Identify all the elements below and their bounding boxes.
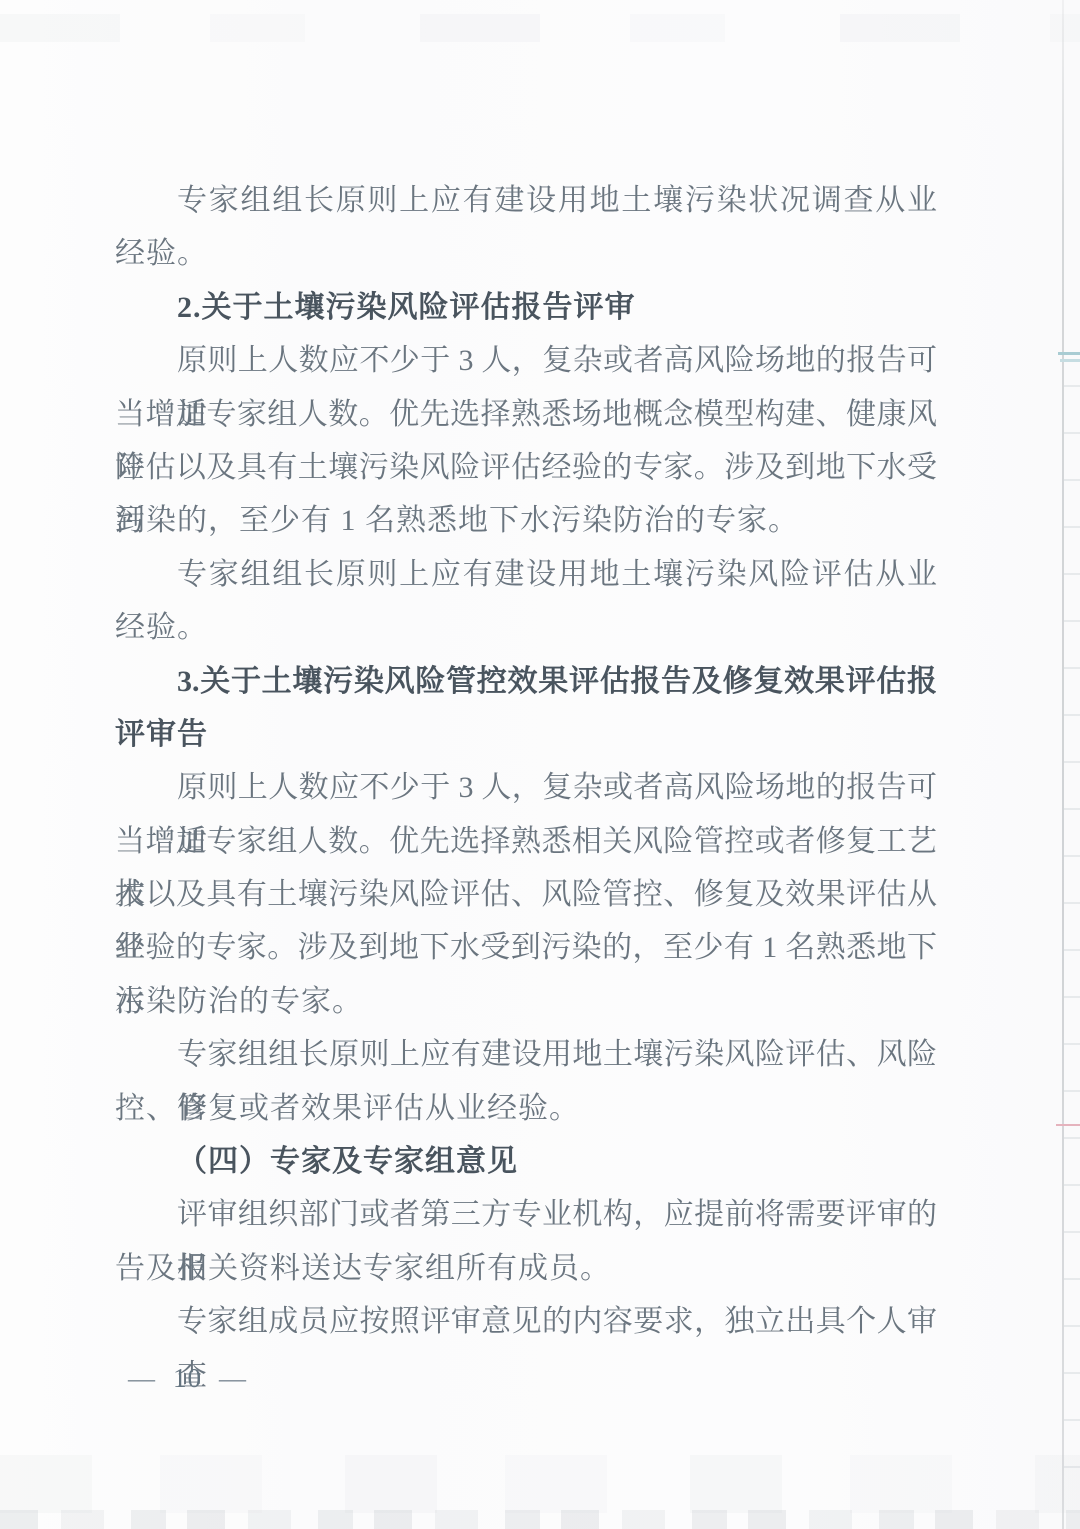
text-line: 原则上人数应不少于 3 人，复杂或者高风险场地的报告可适 (115, 334, 937, 387)
text-line: 当增加专家组人数。优先选择熟悉场地概念模型构建、健康风险 (115, 388, 937, 441)
text-line: 污染防治的专家。 (115, 975, 937, 1028)
scan-artifact-bottom-blocks (0, 1510, 1080, 1529)
page-number-value: 10 (173, 1363, 202, 1393)
scan-artifact-bottom-soft (0, 1455, 1080, 1513)
text-line: （四）专家及专家组意见 (115, 1135, 937, 1188)
text-line: 专家组组长原则上应有建设用地土壤污染状况调查从业 (115, 174, 937, 227)
text-line: 评审 (115, 708, 937, 761)
text-line: 2.关于土壤污染风险评估报告评审 (115, 281, 937, 334)
text-line: 经验。 (115, 601, 937, 654)
adjacent-page-teal-line (1058, 352, 1080, 355)
text-line: 3.关于土壤污染风险管控效果评估报告及修复效果评估报告 (115, 655, 937, 708)
document-page: 专家组组长原则上应有建设用地土壤污染状况调查从业经验。2.关于土壤污染风险评估报… (0, 0, 1080, 1529)
page-number-dash-right: — (219, 1363, 247, 1393)
text-line: 控、修复或者效果评估从业经验。 (115, 1082, 937, 1135)
text-line: 经验。 (115, 227, 937, 280)
page-number-dash-left: — (128, 1363, 156, 1393)
adjacent-page-pink-line (1056, 1124, 1080, 1126)
text-line: 术以及具有土壤污染风险评估、风险管控、修复及效果评估从业 (115, 868, 937, 921)
body-text: 专家组组长原则上应有建设用地土壤污染状况调查从业经验。2.关于土壤污染风险评估报… (115, 174, 937, 1349)
text-line: 当增加专家组人数。优先选择熟悉相关风险管控或者修复工艺技 (115, 815, 937, 868)
page-number: —10— (128, 1358, 247, 1398)
text-line: 评估以及具有土壤污染风险评估经验的专家。涉及到地下水受到 (115, 441, 937, 494)
scan-artifact-top (0, 14, 1080, 42)
text-line: 原则上人数应不少于 3 人，复杂或者高风险场地的报告可适 (115, 761, 937, 814)
text-line: 专家组成员应按照评审意见的内容要求，独立出具个人审查 (115, 1295, 937, 1348)
text-line: 专家组组长原则上应有建设用地土壤污染风险评估、风险管 (115, 1028, 937, 1081)
text-line: 经验的专家。涉及到地下水受到污染的，至少有 1 名熟悉地下水 (115, 921, 937, 974)
adjacent-page-ruling (1064, 340, 1080, 1500)
text-line: 专家组组长原则上应有建设用地土壤污染风险评估从业 (115, 548, 937, 601)
text-line: 评审组织部门或者第三方专业机构，应提前将需要评审的报 (115, 1188, 937, 1241)
text-line: 告及相关资料送达专家组所有成员。 (115, 1242, 937, 1295)
text-line: 污染的，至少有 1 名熟悉地下水污染防治的专家。 (115, 494, 937, 547)
adjacent-page-teal-line (1060, 359, 1080, 362)
